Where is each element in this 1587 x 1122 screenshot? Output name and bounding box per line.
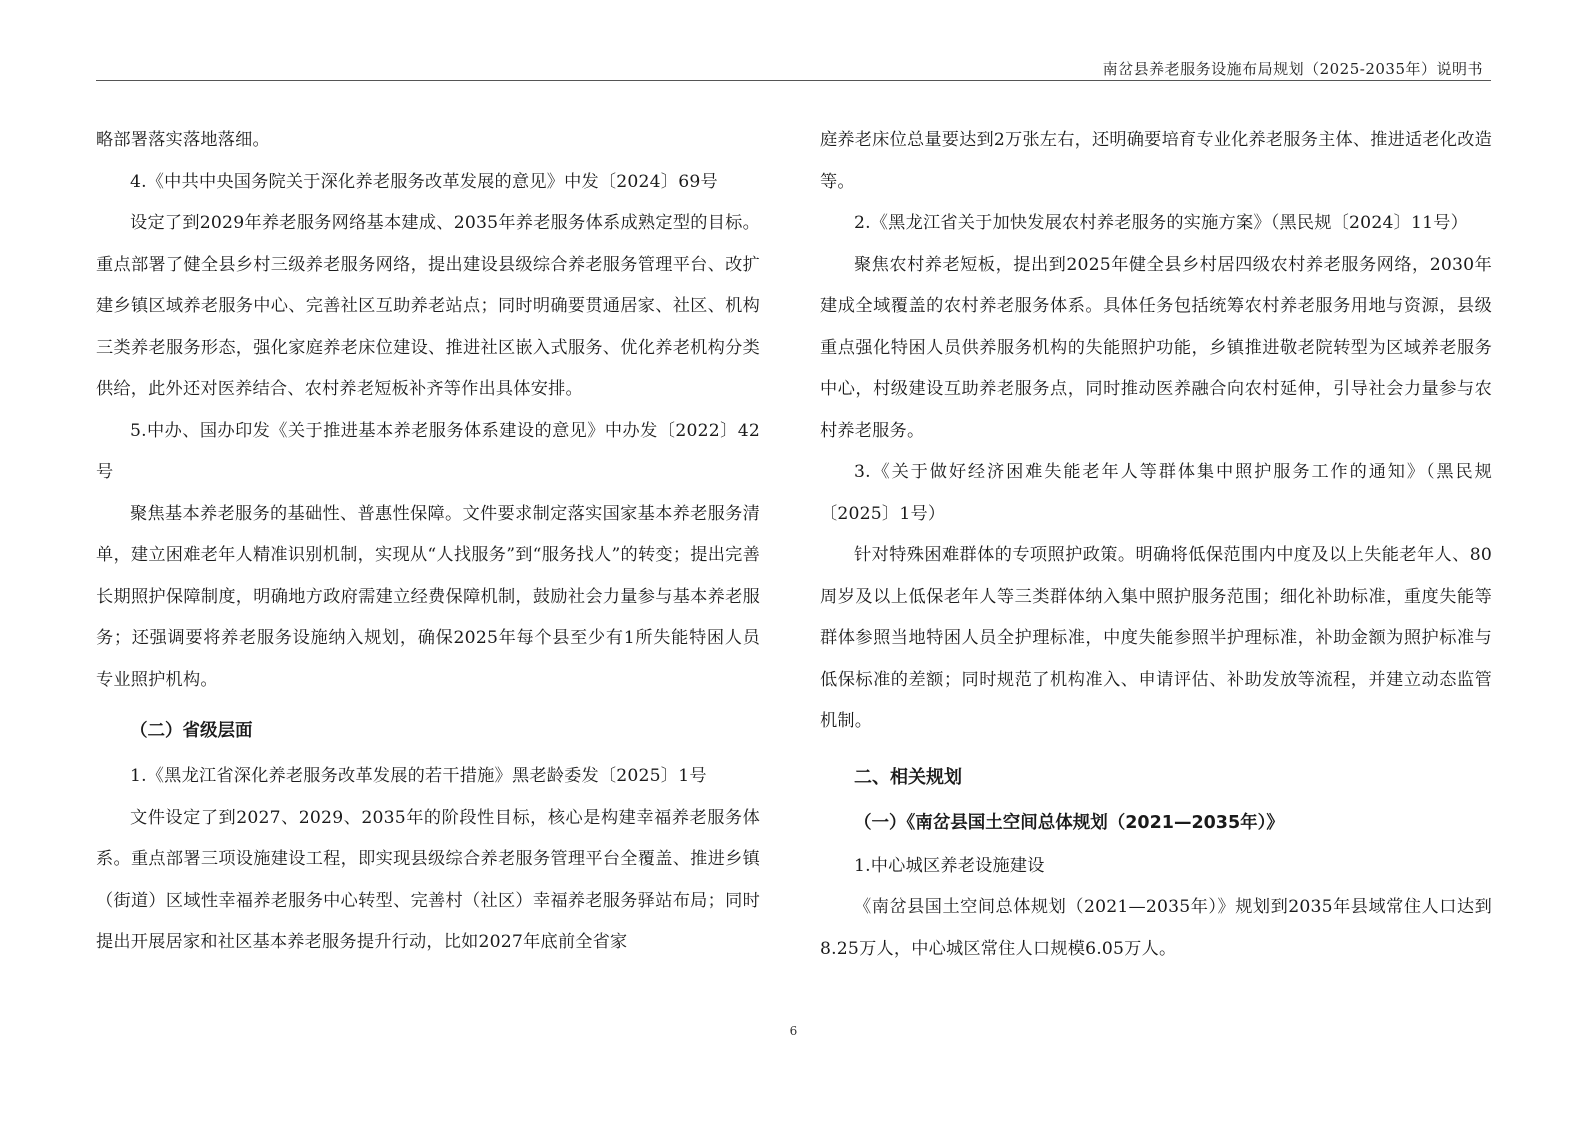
policy-item-5: 5.中办、国办印发《关于推进基本养老服务体系建设的意见》中办发〔2022〕42号 — [96, 411, 760, 494]
paragraph: 《南岔县国土空间总体规划（2021—2035年）》规划到2035年县域常住人口达… — [820, 887, 1492, 970]
page-header: 南岔县养老服务设施布局规划（2025-2035年）说明书 — [96, 58, 1491, 81]
paragraph: 庭养老床位总量要达到2万张左右，还明确要培育专业化养老服务主体、推进适老化改造等… — [820, 120, 1492, 203]
policy-item-3: 3.《关于做好经济困难失能老年人等群体集中照护服务工作的通知》（黑民规〔2025… — [820, 452, 1492, 535]
list-item: 1.中心城区养老设施建设 — [820, 846, 1492, 888]
right-column: 庭养老床位总量要达到2万张左右，还明确要培育专业化养老服务主体、推进适老化改造等… — [820, 120, 1492, 970]
paragraph: 聚焦基本养老服务的基础性、普惠性保障。文件要求制定落实国家基本养老服务清单，建立… — [96, 494, 760, 702]
paragraph: 设定了到2029年养老服务网络基本建成、2035年养老服务体系成熟定型的目标。重… — [96, 203, 760, 411]
paragraph: 略部署落实落地落细。 — [96, 120, 760, 162]
page-number: 6 — [0, 1024, 1587, 1038]
policy-item-1: 1.《黑龙江省深化养老服务改革发展的若干措施》黑老龄委发〔2025〕1号 — [96, 756, 760, 798]
paragraph: 针对特殊困难群体的专项照护政策。明确将低保范围内中度及以上失能老年人、80周岁及… — [820, 535, 1492, 743]
paragraph: 文件设定了到2027、2029、2035年的阶段性目标，核心是构建幸福养老服务体… — [96, 798, 760, 964]
section-heading-related-plans: 二、相关规划 — [854, 763, 1492, 789]
subsection-heading-land-plan: （一）《南岔县国土空间总体规划（2021—2035年）》 — [854, 809, 1492, 834]
document-title: 南岔县养老服务设施布局规划（2025-2035年）说明书 — [1103, 58, 1483, 79]
section-heading-provincial: （二）省级层面 — [130, 717, 760, 742]
left-column: 略部署落实落地落细。 4.《中共中央国务院关于深化养老服务改革发展的意见》中发〔… — [96, 120, 760, 964]
policy-item-2: 2.《黑龙江省关于加快发展农村养老服务的实施方案》（黑民规〔2024〕11号） — [820, 203, 1492, 245]
policy-item-4: 4.《中共中央国务院关于深化养老服务改革发展的意见》中发〔2024〕69号 — [96, 162, 760, 204]
paragraph: 聚焦农村养老短板，提出到2025年健全县乡村居四级农村养老服务网络，2030年建… — [820, 245, 1492, 453]
